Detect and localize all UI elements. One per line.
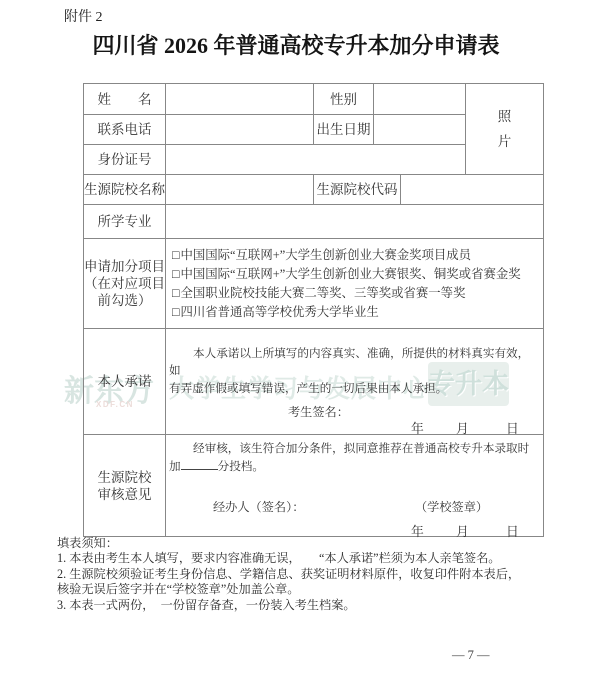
bonus-option-row: □中国国际“互联网+”大学生创新创业大赛金奖项目成员 xyxy=(172,246,541,265)
candidate-signature-label: 考生签名： xyxy=(288,403,349,420)
phone-label: 联系电话 xyxy=(84,115,166,145)
name-input-cell[interactable] xyxy=(166,84,314,115)
review-score-prefix: 加 xyxy=(169,460,181,473)
bonus-option-text: 中国国际“互联网+”大学生创新创业大赛银奖、铜奖或省赛金奖 xyxy=(180,267,520,281)
bonus-items-label: 申请加分项目 （在对应项目 前勾选） xyxy=(84,239,166,329)
checkbox-icon[interactable]: □ xyxy=(172,305,179,319)
review-text-line2: 加分投档。 xyxy=(169,458,541,477)
checkbox-icon[interactable]: □ xyxy=(172,286,179,300)
review-text-line1: 经审核，该生符合加分条件，拟同意推荐在普通高校专升本录取时 xyxy=(169,440,541,459)
page-title: 四川省 2026 年普通高校专升本加分申请表 xyxy=(0,29,592,60)
review-score-suffix: 分投档。 xyxy=(218,460,264,473)
gender-label: 性别 xyxy=(314,84,374,115)
photo-label-char2: 片 xyxy=(466,132,543,152)
day-label: 日 xyxy=(506,418,519,437)
bonus-option-row: □全国职业院校技能大赛二等奖、三等奖或省赛一等奖 xyxy=(172,284,541,303)
photo-label-char1: 照 xyxy=(466,107,543,127)
major-input-cell[interactable] xyxy=(166,205,544,239)
review-label: 生源院校 审核意见 xyxy=(84,435,166,537)
id-number-input-cell[interactable] xyxy=(166,145,466,175)
bonus-items-label-line1: 申请加分项目 xyxy=(84,258,165,275)
id-number-label: 身份证号 xyxy=(84,145,166,175)
review-cell: 经审核，该生符合加分条件，拟同意推荐在普通高校专升本录取时 加分投档。 经办人（… xyxy=(166,435,544,537)
promise-cell: 本人承诺以上所填写的内容真实、准确，所提供的材料真实有效， 如 有弄虚作假或填写… xyxy=(166,329,544,435)
school-seal-label: （学校签章） xyxy=(415,498,488,515)
attachment-label: 附件 2 xyxy=(64,6,103,26)
notes-section: 填表须知： 1. 本表由考生本人填写，要求内容准确无误， “本人承诺”栏须为本人… xyxy=(57,536,557,613)
school-name-input-cell[interactable] xyxy=(166,175,314,205)
promise-label: 本人承诺 xyxy=(84,329,166,435)
photo-box: 照 片 xyxy=(466,84,544,175)
major-label: 所学专业 xyxy=(84,205,166,239)
checkbox-icon[interactable]: □ xyxy=(172,267,179,281)
phone-input-cell[interactable] xyxy=(166,115,314,145)
document-page: 附件 2 四川省 2026 年普通高校专升本加分申请表 新东方 XDF.CN 大… xyxy=(0,0,592,679)
promise-text-line2: 有弄虚作假或填写错误，产生的一切后果由本人承担。 xyxy=(169,380,541,398)
bonus-option-row: □四川省普通高等学校优秀大学毕业生 xyxy=(172,303,541,322)
handler-signature-label: 经办人（签名）： xyxy=(213,498,304,515)
bonus-option-text: 四川省普通高等学校优秀大学毕业生 xyxy=(180,305,378,319)
gender-input-cell[interactable] xyxy=(374,84,466,115)
bonus-items-label-line3: 前勾选） xyxy=(84,292,165,309)
application-form-table: 姓 名 性别 照 片 联系电话 出生日期 身份证号 生源院校名称 生源院校代码 xyxy=(83,83,544,537)
review-label-line1: 生源院校 xyxy=(84,469,165,486)
school-code-label: 生源院校代码 xyxy=(314,175,401,205)
birthdate-input-cell[interactable] xyxy=(374,115,466,145)
note-line: 2. 生源院校须验证考生身份信息、学籍信息、获奖证明材料原件，收复印件附本表后， xyxy=(57,567,557,582)
review-label-line2: 审核意见 xyxy=(84,486,165,503)
month-label: 月 xyxy=(456,418,469,437)
bonus-option-text: 全国职业院校技能大赛二等奖、三等奖或省赛一等奖 xyxy=(180,286,465,300)
page-number: — 7 — xyxy=(452,648,490,663)
bonus-option-text: 中国国际“互联网+”大学生创新创业大赛金奖项目成员 xyxy=(180,248,471,262)
birthdate-label: 出生日期 xyxy=(314,115,374,145)
year-label: 年 xyxy=(411,418,424,437)
school-code-input-cell[interactable] xyxy=(401,175,544,205)
note-line: 核验无误后签字并在“学校签章”处加盖公章。 xyxy=(57,582,557,597)
bonus-items-label-line2: （在对应项目 xyxy=(84,275,165,292)
score-blank-field[interactable] xyxy=(181,459,218,470)
name-label: 姓 名 xyxy=(84,84,166,115)
bonus-option-row: □中国国际“互联网+”大学生创新创业大赛银奖、铜奖或省赛金奖 xyxy=(172,265,541,284)
note-line: 1. 本表由考生本人填写，要求内容准确无误， “本人承诺”栏须为本人亲笔签名。 xyxy=(57,551,557,566)
checkbox-icon[interactable]: □ xyxy=(172,248,179,262)
promise-text-line1: 本人承诺以上所填写的内容真实、准确，所提供的材料真实有效， 如 xyxy=(169,345,541,380)
note-line: 3. 本表一式两份， 一份留存备查，一份装入考生档案。 xyxy=(57,598,557,613)
notes-heading: 填表须知： xyxy=(57,536,557,551)
bonus-options-cell: □中国国际“互联网+”大学生创新创业大赛金奖项目成员 □中国国际“互联网+”大学… xyxy=(166,239,544,329)
school-name-label: 生源院校名称 xyxy=(84,175,166,205)
